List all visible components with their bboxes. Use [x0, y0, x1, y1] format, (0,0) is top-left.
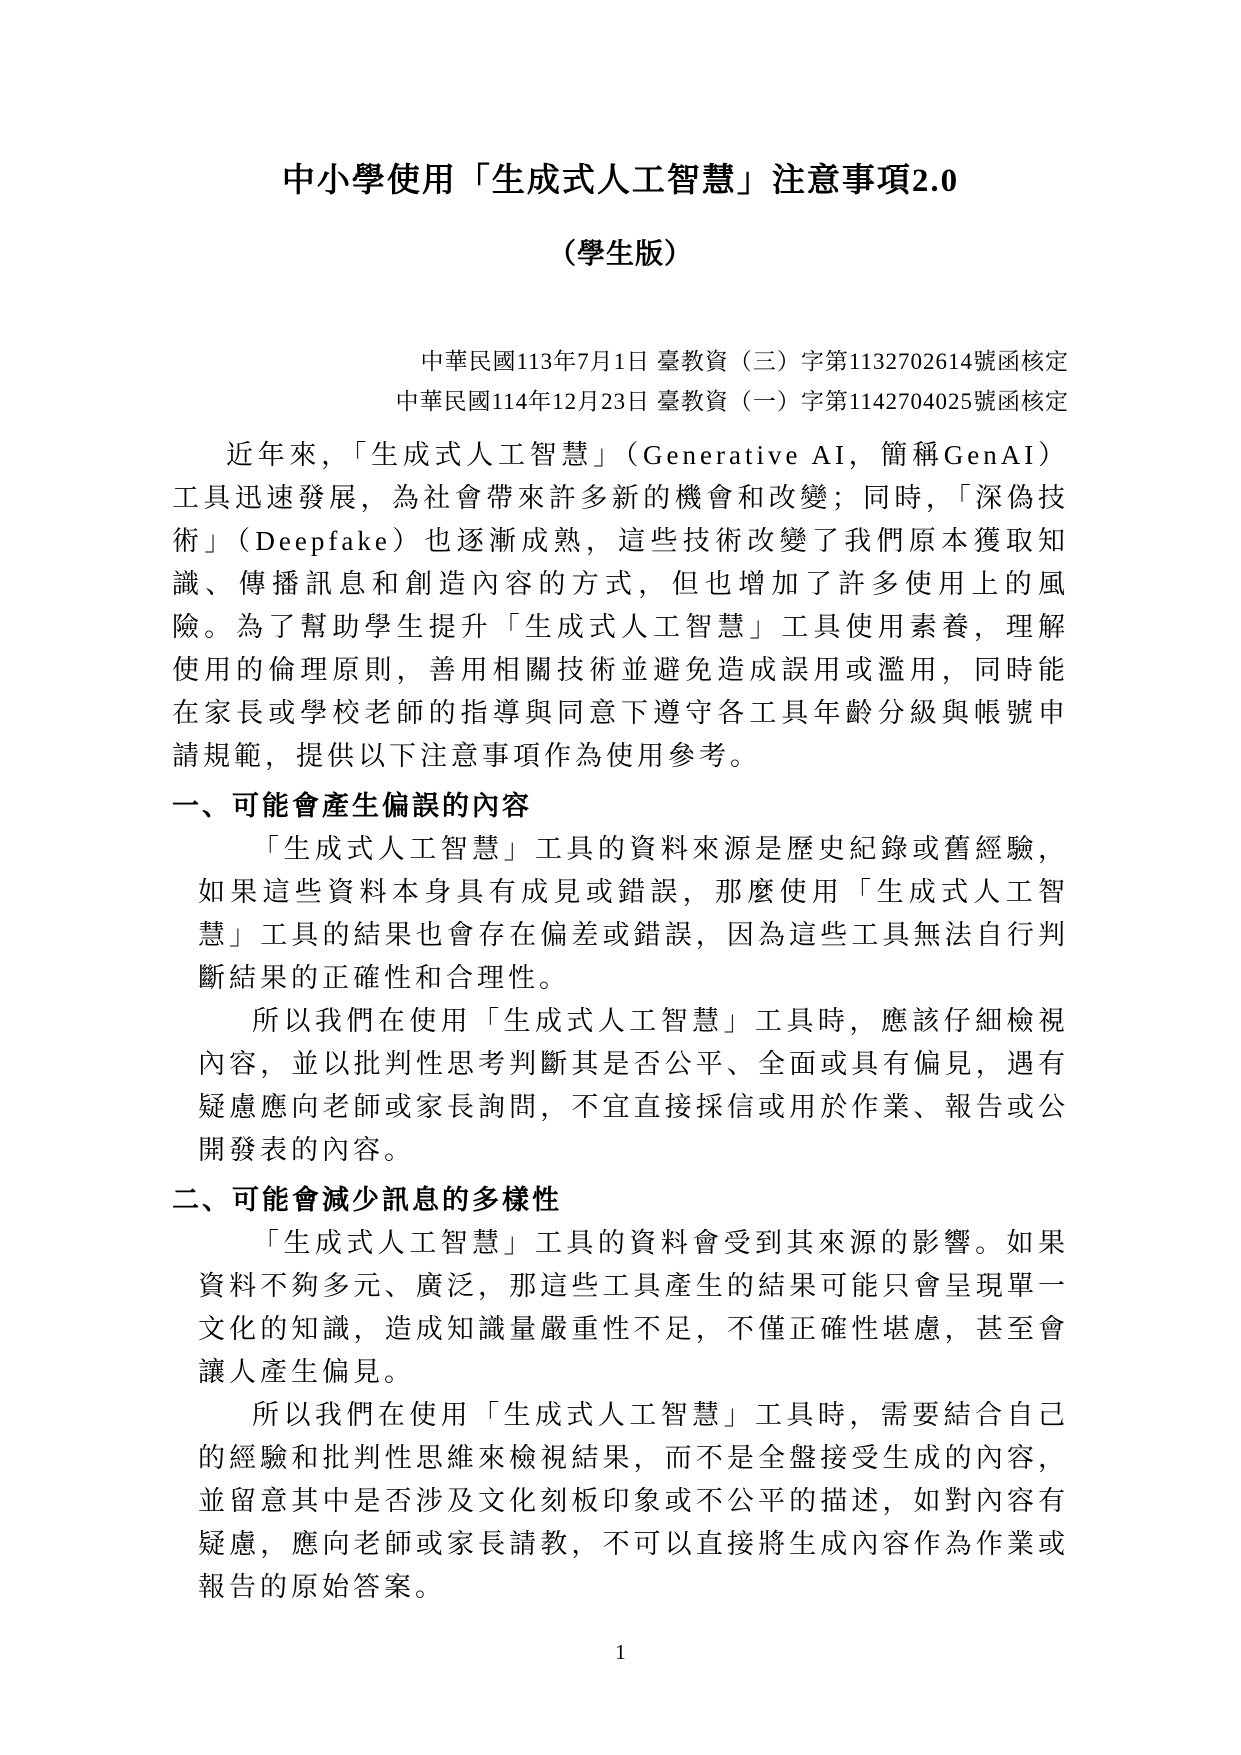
approval-line-2: 中華民國114年12月23日 臺教資（一）字第1142704025號函核定 [172, 382, 1069, 422]
section-1-paragraph-1: 「生成式人工智慧」工具的資料來源是歷史紀錄或舊經驗，如果這些資料本身具有成見或錯… [198, 828, 1069, 1000]
approval-lines: 中華民國113年7月1日 臺教資（三）字第1132702614號函核定 中華民國… [172, 342, 1069, 422]
section-2-body: 「生成式人工智慧」工具的資料會受到其來源的影響。如果資料不夠多元、廣泛，那這些工… [198, 1222, 1069, 1609]
section-1-heading: 一、可能會產生偏誤的內容 [172, 785, 1069, 828]
page-number: 1 [0, 1642, 1241, 1663]
document-page: 中小學使用「生成式人工智慧」注意事項2.0 （學生版） 中華民國113年7月1日… [0, 0, 1241, 1755]
section-1-paragraph-2: 所以我們在使用「生成式人工智慧」工具時，應該仔細檢視內容，並以批判性思考判斷其是… [198, 1000, 1069, 1172]
section-2-paragraph-2: 所以我們在使用「生成式人工智慧」工具時，需要結合自己的經驗和批判性思維來檢視結果… [198, 1394, 1069, 1609]
document-title: 中小學使用「生成式人工智慧」注意事項2.0 [172, 160, 1069, 202]
section-2-heading: 二、可能會減少訊息的多樣性 [172, 1179, 1069, 1222]
section-1-body: 「生成式人工智慧」工具的資料來源是歷史紀錄或舊經驗，如果這些資料本身具有成見或錯… [198, 828, 1069, 1172]
section-2-paragraph-1: 「生成式人工智慧」工具的資料會受到其來源的影響。如果資料不夠多元、廣泛，那這些工… [198, 1222, 1069, 1394]
approval-line-1: 中華民國113年7月1日 臺教資（三）字第1132702614號函核定 [172, 342, 1069, 382]
document-subtitle: （學生版） [172, 238, 1069, 272]
intro-paragraph: 近年來，「生成式人工智慧」（Generative AI，簡稱GenAI）工具迅速… [172, 434, 1069, 778]
